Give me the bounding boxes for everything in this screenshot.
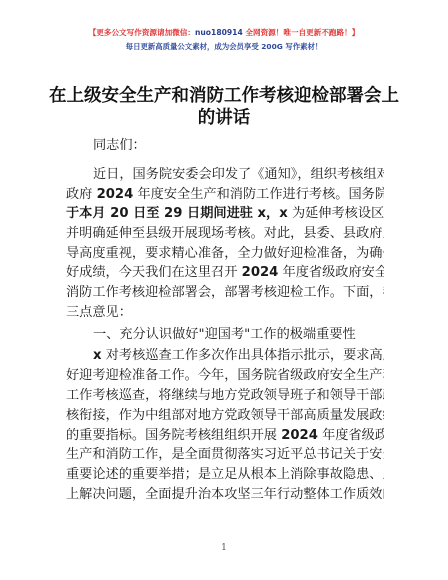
text-span: 年度安全生产和消防工作进行考核。国务院考核组 — [138, 187, 385, 202]
text-span: 的重要指标。国务院考核组组织开展 — [66, 428, 277, 443]
text-span: 对考核巡查工作多次作出具体指示批示，要求高质量做 — [106, 348, 384, 363]
paragraph-line: 并明确延伸至县级开展现场考核。对此，县委、县政府主要领 — [66, 224, 384, 244]
paragraph-line: 生产和消防工作，是全面贯彻落实习近平总书记关于安全生产 — [66, 445, 384, 465]
paragraph-line: 导高度重视，要求精心准备，全力做好迎检准备，为确保取得 — [66, 244, 384, 264]
text-span: 政府 — [66, 187, 92, 202]
year-span: 2024 — [281, 428, 318, 443]
paragraph-line: 好成绩，今天我们在这里召开 2024 年度省级政府安全生产和 — [66, 263, 384, 283]
promo-wechat-id: nuo180914 — [195, 28, 243, 37]
paragraph-line: 核衔接，作为中组部对地方党政领导干部高质量发展政绩考核 — [66, 406, 384, 426]
text-span: 年度省级政府安全生产和 — [283, 265, 384, 280]
promo-banner-line2: 每日更新高质量公文素材，成为会员享受 200G 写作素材！ — [0, 41, 448, 52]
text-span: 为延伸考核设区市之一， — [292, 206, 384, 221]
promo-prefix: 【更多公文写作资源请加微信： — [89, 28, 195, 37]
paragraph-line: 好迎考迎检准备工作。今年，国务院省级政府安全生产和消防 — [66, 366, 384, 386]
year-span: 2024 — [97, 187, 134, 202]
paragraph-line: 三点意见： — [66, 303, 384, 323]
document-page: 【更多公文写作资源请加微信：nuo180914 全网资源！唯一自更新不跑路！】 … — [0, 0, 448, 580]
paragraph-line: 于本月 20 日至 29 日期间进驻 x，x 为延伸考核设区市之一， — [66, 204, 384, 224]
document-title-line1: 在上级安全生产和消防工作考核迎检部署会上 — [0, 85, 448, 107]
text-span: 好成绩，今天我们在这里召开 — [66, 265, 237, 280]
page-number: 1 — [0, 543, 448, 553]
document-title-line2: 的讲话 — [0, 107, 448, 129]
paragraph-line: 上解决问题，全面提升治本攻坚三年行动整体工作质效的重要 — [66, 485, 384, 505]
paragraph-line: 消防工作考核迎检部署会，部署考核迎检工作。下面，我强调 — [66, 283, 384, 303]
section-heading: 一、充分认识做好"迎国考"工作的极端重要性 — [93, 325, 356, 345]
paragraph-line: x 对考核巡查工作多次作出具体指示批示，要求高质量做 — [93, 346, 384, 366]
text-span: 年度省级政府安全 — [322, 428, 384, 443]
promo-suffix: 全网资源！唯一自更新不跑路！】 — [243, 28, 360, 37]
year-span: 2024 — [242, 265, 279, 280]
promo-banner-line1: 【更多公文写作资源请加微信：nuo180914 全网资源！唯一自更新不跑路！】 — [0, 27, 448, 38]
date-span: 于本月 20 日至 29 日期间进驻 x，x — [66, 206, 288, 221]
paragraph-line: 政府 2024 年度安全生产和消防工作进行考核。国务院考核组 — [66, 185, 384, 205]
paragraph-line: 的重要指标。国务院考核组组织开展 2024 年度省级政府安全 — [66, 426, 384, 446]
paragraph-line: 工作考核巡查，将继续与地方党政领导班子和领导干部政绩考 — [66, 386, 384, 406]
salutation: 同志们： — [93, 136, 146, 156]
paragraph-line: 近日，国务院安委会印发了《通知》，组织考核组对省级 — [93, 165, 384, 185]
paragraph-line: 重要论述的重要举措；是立足从根本上消除事故隐患、从根本 — [66, 465, 384, 485]
text-span: x — [93, 348, 102, 363]
